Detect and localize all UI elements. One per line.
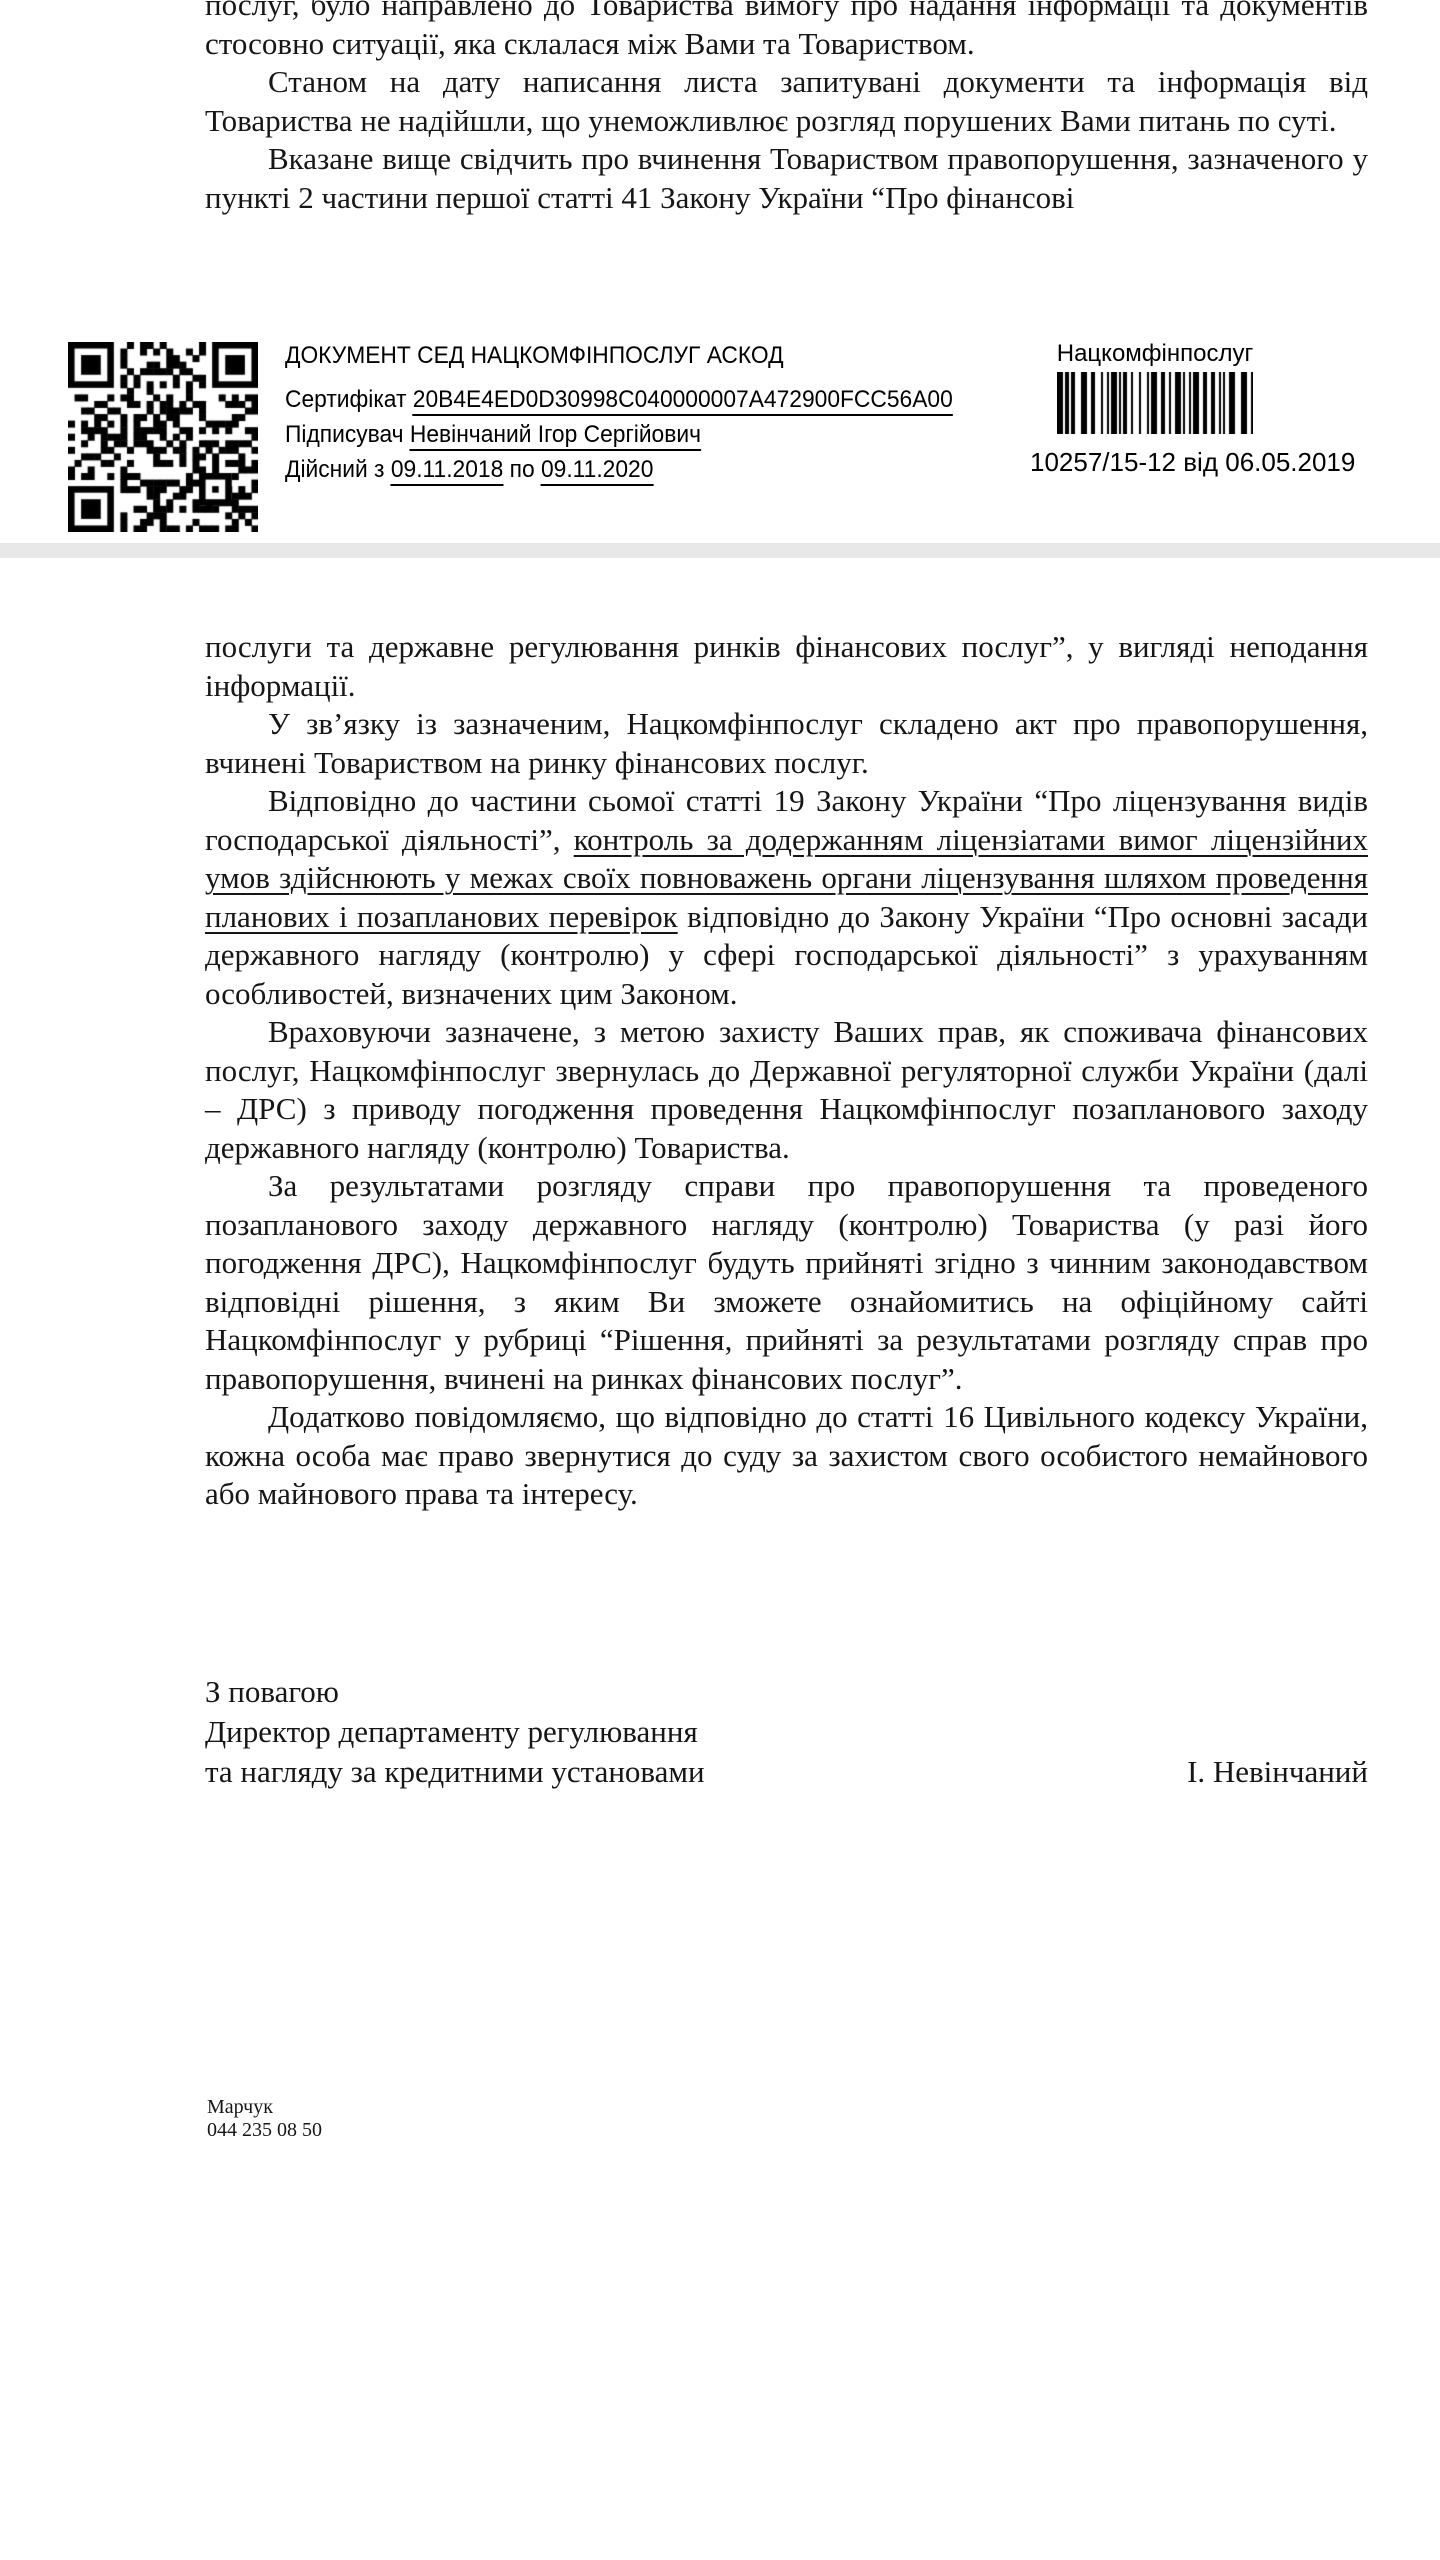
stamp-certificate-line: Сертифікат 20B4E4ED0D30998C040000007A472…: [285, 386, 912, 414]
paragraph-text: послуг, було направлено до Товариства ви…: [205, 0, 1368, 61]
valid-to-date: 09.11.2020: [541, 456, 653, 486]
body-paragraph: Станом на дату написання листа запитуван…: [205, 63, 1368, 140]
page-separator: [0, 543, 1440, 558]
signature-closing: З повагою: [205, 1672, 1368, 1712]
registration-barcode-block: Нацкомфінпослуг 10257/15-12 від 06.05.20…: [1030, 340, 1280, 478]
certificate-number: 20B4E4ED0D30998C040000007A472900FCC56A00: [413, 386, 953, 416]
signer-name: Невінчаний Ігор Сергійович: [410, 421, 701, 451]
body-paragraph: послуг, було направлено до Товариства ви…: [205, 0, 1368, 63]
paragraph-text: Враховуючи зазначене, з метою захисту Ва…: [205, 1014, 1368, 1165]
stamp-signer-line: Підписувач Невінчаний Ігор Сергійович: [285, 421, 912, 449]
signatory-name: І. Невінчаний: [1187, 1752, 1368, 1792]
validity-label: Дійсний з: [285, 456, 391, 483]
page2-body-text: послуги та державне регулювання ринків ф…: [205, 628, 1368, 1514]
body-paragraph: Враховуючи зазначене, з метою захисту Ва…: [205, 1013, 1368, 1167]
body-paragraph: За результатами розгляду справи про прав…: [205, 1167, 1368, 1398]
validity-separator: по: [503, 456, 541, 483]
body-paragraph: Вказане вище свідчить про вчинення Товар…: [205, 140, 1368, 217]
signer-label: Підписувач: [285, 421, 410, 448]
paragraph-text: послуги та державне регулювання ринків ф…: [205, 629, 1368, 703]
page1-body-text: послуг, було направлено до Товариства ви…: [205, 0, 1368, 217]
stamp-info: ДОКУМЕНТ СЕД НАЦКОМФІНПОСЛУГ АСКОД Серти…: [285, 342, 912, 491]
paragraph-text: Додатково повідомляємо, що відповідно до…: [205, 1399, 1368, 1511]
executor-name: Марчук: [207, 2096, 322, 2119]
executor-phone: 044 235 08 50: [207, 2119, 322, 2142]
valid-from-date: 09.11.2018: [391, 456, 503, 486]
stamp-validity-line: Дійсний з 09.11.2018 по 09.11.2020: [285, 456, 912, 484]
signature-block: З повагою Директор департаменту регулюва…: [205, 1672, 1368, 1792]
barcode: [1057, 372, 1253, 434]
paragraph-text: Вказане вище свідчить про вчинення Товар…: [205, 141, 1368, 215]
paragraph-text: За результатами розгляду справи про прав…: [205, 1168, 1368, 1396]
barcode-title: Нацкомфінпослуг: [1030, 340, 1280, 368]
paragraph-text: У зв’язку із зазначеним, Нацкомфінпослуг…: [205, 706, 1368, 780]
signature-title-line2: та нагляду за кредитними установами: [205, 1752, 705, 1792]
body-paragraph: У зв’язку із зазначеним, Нацкомфінпослуг…: [205, 705, 1368, 782]
document-page: { "page1": { "paragraphs": [ { "indent":…: [0, 0, 1440, 2560]
registration-number: 10257/15-12 від 06.05.2019: [1030, 447, 1280, 478]
body-paragraph: Відповідно до частини сьомої статті 19 З…: [205, 782, 1368, 1013]
body-paragraph: послуги та державне регулювання ринків ф…: [205, 628, 1368, 705]
executor-footer: Марчук 044 235 08 50: [207, 2096, 322, 2142]
signature-title-row: та нагляду за кредитними установами І. Н…: [205, 1752, 1368, 1792]
signature-title-line1: Директор департаменту регулювання: [205, 1712, 1368, 1752]
paragraph-text: Станом на дату написання листа запитуван…: [205, 64, 1368, 138]
body-paragraph: Додатково повідомляємо, що відповідно до…: [205, 1398, 1368, 1514]
qr-code: [68, 342, 258, 532]
stamp-title: ДОКУМЕНТ СЕД НАЦКОМФІНПОСЛУГ АСКОД: [285, 342, 912, 370]
certificate-label: Сертифікат: [285, 386, 413, 413]
